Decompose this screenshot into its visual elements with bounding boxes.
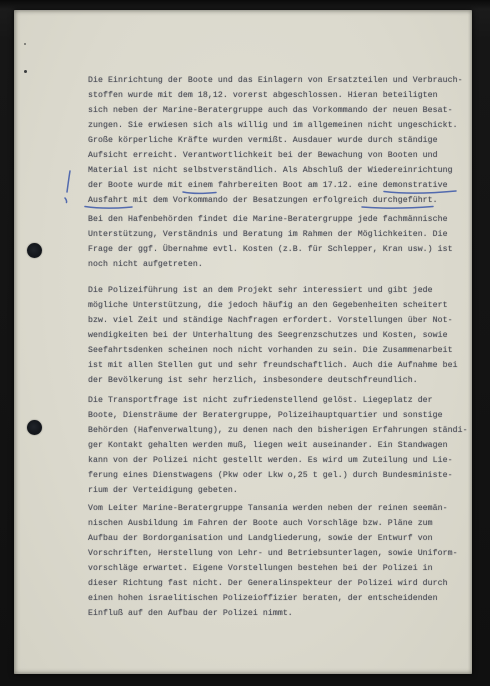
text-line: zungen. Sie erwiesen sich als willig und… bbox=[88, 118, 470, 133]
text-line: Einfluß auf den Aufbau der Polizei nimmt… bbox=[88, 606, 470, 621]
text-line: nischen Ausbildung im Fahren der Boote a… bbox=[88, 516, 470, 531]
text-line: Vom Leiter Marine-Beratergruppe Tansania… bbox=[88, 501, 470, 516]
paragraph-boat-setup: Die Einrichtung der Boote und das Einlag… bbox=[88, 73, 470, 208]
punch-hole-bottom bbox=[27, 420, 42, 435]
paragraph-advisor-group-leader: Vom Leiter Marine-Beratergruppe Tansania… bbox=[88, 501, 470, 621]
text-line: Aufbau der Bordorganisation und Landglie… bbox=[88, 531, 470, 546]
paragraph-harbor-authorities: Bei den Hafenbehörden findet die Marine-… bbox=[88, 212, 470, 272]
paragraph-transport-question: Die Transportfrage ist nicht zufriedenst… bbox=[88, 393, 470, 498]
text-line: Behörden (Hafenverwaltung), zu denen nac… bbox=[88, 423, 470, 438]
paper-speck bbox=[24, 43, 26, 45]
paragraph-police-leadership: Die Polizeiführung ist an dem Projekt se… bbox=[88, 283, 470, 388]
text-line: einen hohen israelitischen Polizeioffizi… bbox=[88, 591, 470, 606]
text-line: ferung eines Dienstwagens (Pkw oder Lkw … bbox=[88, 468, 470, 483]
text-line: Bei den Hafenbehörden findet die Marine-… bbox=[88, 212, 470, 227]
text-line: Vorschriften, Herstellung von Lehr- und … bbox=[88, 546, 470, 561]
pen-margin-exclamation-dot bbox=[65, 198, 67, 203]
pen-margin-exclamation-mark bbox=[67, 171, 70, 192]
text-line: Boote, Diensträume der Beratergruppe, Po… bbox=[88, 408, 470, 423]
text-line: Die Transportfrage ist nicht zufriedenst… bbox=[88, 393, 470, 408]
document-page: Die Einrichtung der Boote und das Einlag… bbox=[14, 10, 472, 674]
text-line: noch nicht aufgetreten. bbox=[88, 257, 470, 272]
text-line: stoffen wurde mit dem 18,12. vorerst abg… bbox=[88, 88, 470, 103]
text-line: bzw. viel Zeit und ständige Nachfragen e… bbox=[88, 313, 470, 328]
text-line: der Bevölkerung ist sehr herzlich, insbe… bbox=[88, 373, 470, 388]
text-line: Aufsicht erreicht. Verantwortlichkeit be… bbox=[88, 148, 470, 163]
text-line: Die Einrichtung der Boote und das Einlag… bbox=[88, 73, 470, 88]
text-line: Frage der ggf. Übernahme evtl. Kosten (z… bbox=[88, 242, 470, 257]
scanner-background: Die Einrichtung der Boote und das Einlag… bbox=[0, 0, 490, 686]
text-line: rium der Verteidigung gebeten. bbox=[88, 483, 470, 498]
text-line: Seefahrtsdenken scheinen noch nicht vorh… bbox=[88, 343, 470, 358]
text-line: mögliche Unterstützung, die jedoch häufi… bbox=[88, 298, 470, 313]
text-line: ist mit allen Stellen gut und sehr freun… bbox=[88, 358, 470, 373]
text-line: dieser Richtung fast nicht. Der Generali… bbox=[88, 576, 470, 591]
text-line: wendigkeiten bei der Unterhaltung des Se… bbox=[88, 328, 470, 343]
text-line: ger Kontakt gehalten werden muß, liegen … bbox=[88, 438, 470, 453]
text-line: Material ist nicht selbstverständlich. A… bbox=[88, 163, 470, 178]
punch-hole-top bbox=[27, 243, 42, 258]
text-line: Ausfahrt mit dem Vorkommando der Besatzu… bbox=[88, 193, 470, 208]
text-line: Große körperliche Kräfte wurden vermißt.… bbox=[88, 133, 470, 148]
text-line: Die Polizeiführung ist an dem Projekt se… bbox=[88, 283, 470, 298]
text-line: sich neben der Marine-Beratergruppe auch… bbox=[88, 103, 470, 118]
text-line: Unterstützung, Verständnis und Beratung … bbox=[88, 227, 470, 242]
text-line: kann von der Polizei nicht gestellt werd… bbox=[88, 453, 470, 468]
text-line: der Boote wurde mit einem fahrbereiten B… bbox=[88, 178, 470, 193]
paper-speck bbox=[24, 70, 27, 73]
text-line: vorschläge erwartet. Eigene Vorstellunge… bbox=[88, 561, 470, 576]
